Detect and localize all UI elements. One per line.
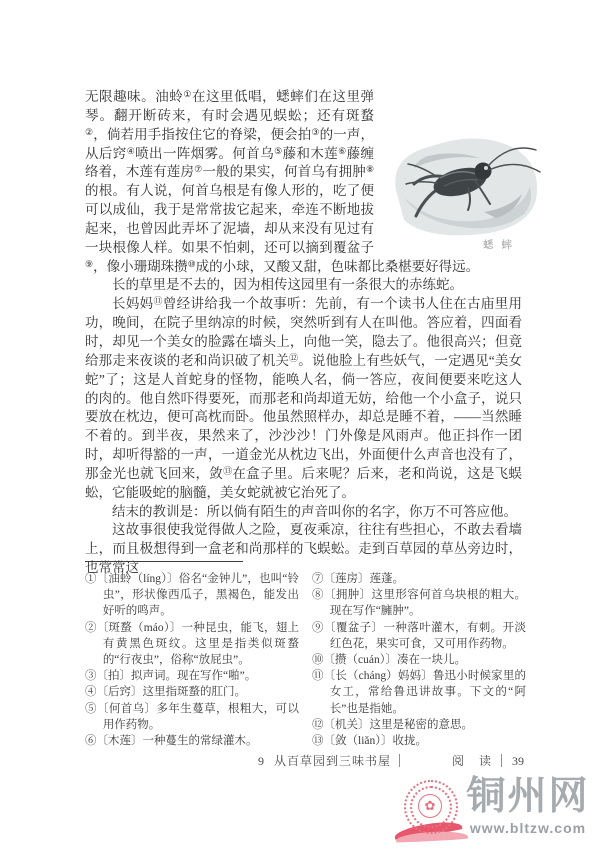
footnotes: ①〔油蛉（líng）〕俗名“金钟儿”，也叫“铃虫”，形状像西瓜子，黑褐色，能发出… [85,571,526,749]
paragraph-moral: 结末的教训是：所以倘有陌生的声音叫你的名字，你万不可答应他。 [85,503,522,522]
footer-divider-bar [399,754,400,767]
paragraph-story: 长妈妈⑪曾经讲给我一个故事听：先前，有一个读书人住在古庙里用功，晚间，在院子里纳… [85,295,522,502]
watermark: ✿ 铜州网 www.bltzw.com [398,772,600,850]
illustration-caption: 蟋蟀 [384,238,544,253]
watermark-text: 铜州网 www.bltzw.com [462,774,594,836]
lesson-number: 9 [258,754,264,768]
footnote-9: ⑨〔覆盆子〕一种落叶灌木，有刺。开淡红色花，果实可食，又可用作药物。 [312,620,526,652]
footnote-6: ⑥〔木莲〕一种蔓生的常绿灌木。 [85,733,299,749]
section-label: 阅 读 [452,754,497,768]
seal-flower-icon: ✿ [418,794,442,818]
watermark-site-url: www.bltzw.com [462,820,594,836]
footnote-7: ⑦〔莲房〕莲蓬。 [312,571,526,587]
footnotes-left-column: ①〔油蛉（líng）〕俗名“金钟儿”，也叫“铃虫”，形状像西瓜子，黑褐色，能发出… [85,571,299,749]
footnote-8: ⑧〔拥肿〕这里形容何首乌块根的粗大。现在写作“臃肿”。 [312,587,526,619]
chapter-title: 从百草园到三味书屋 [274,754,391,768]
footnote-4: ④〔后窍〕这里指斑蝥的肛门。 [85,684,299,700]
textbook-page: 蟋蟀 无限趣味。油蛉①在这里低唱，蟋蟀们在这里弹琴。翻开断砖来，有时会遇见蜈蚣；… [0,0,600,850]
paragraph-reflection: 这故事很使我觉得做人之险，夏夜乘凉，往往有些担心，不敢去看墙上，而且极想得到一盒… [85,521,522,578]
paragraph-snake: 长的草里是不去的，因为相传这园里有一条很大的赤练蛇。 [85,276,522,295]
footnote-divider [85,561,243,562]
footnote-12: ⑫〔机关〕这里是秘密的意思。 [312,717,526,733]
watermark-site-name: 铜州网 [462,774,594,820]
page-number: 39 [512,754,524,768]
footer-divider-bar [501,754,502,767]
cricket-drawing [384,128,544,238]
footnote-11: ⑪〔长（cháng）妈妈〕鲁迅小时候家里的女工，常给鲁迅讲故事。下文的“阿长”也… [312,668,526,717]
footnote-3: ③〔拍〕拟声词。现在写作“啪”。 [85,668,299,684]
footnote-10: ⑩〔攒（cuán）〕凑在一块儿。 [312,652,526,668]
page-footer: 9从百草园到三味书屋 阅 读39 [0,749,600,771]
footnote-5: ⑤〔何首乌〕多年生蔓草，根粗大，可以用作药物。 [85,701,299,733]
watermark-seal: ✿ [404,780,458,834]
seal-ring: ✿ [410,786,452,828]
footer-chapter: 9从百草园到三味书屋 [258,752,400,769]
footnote-1: ①〔油蛉（líng）〕俗名“金钟儿”，也叫“铃虫”，形状像西瓜子，黑褐色，能发出… [85,571,299,620]
cricket-illustration: 蟋蟀 [384,128,544,253]
footnote-13: ⑬〔敛（liǎn）〕收拢。 [312,733,526,749]
footnotes-right-column: ⑦〔莲房〕莲蓬。 ⑧〔拥肿〕这里形容何首乌块根的粗大。现在写作“臃肿”。 ⑨〔覆… [312,571,526,749]
footnote-2: ②〔斑蝥（máo）〕一种昆虫，能飞，翅上有黄黑色斑纹。这里是指类似斑蝥的“行夜虫… [85,620,299,669]
footer-section: 阅 读39 [452,752,524,769]
main-text: 蟋蟀 无限趣味。油蛉①在这里低唱，蟋蟀们在这里弹琴。翻开断砖来，有时会遇见蜈蚣；… [85,88,522,578]
